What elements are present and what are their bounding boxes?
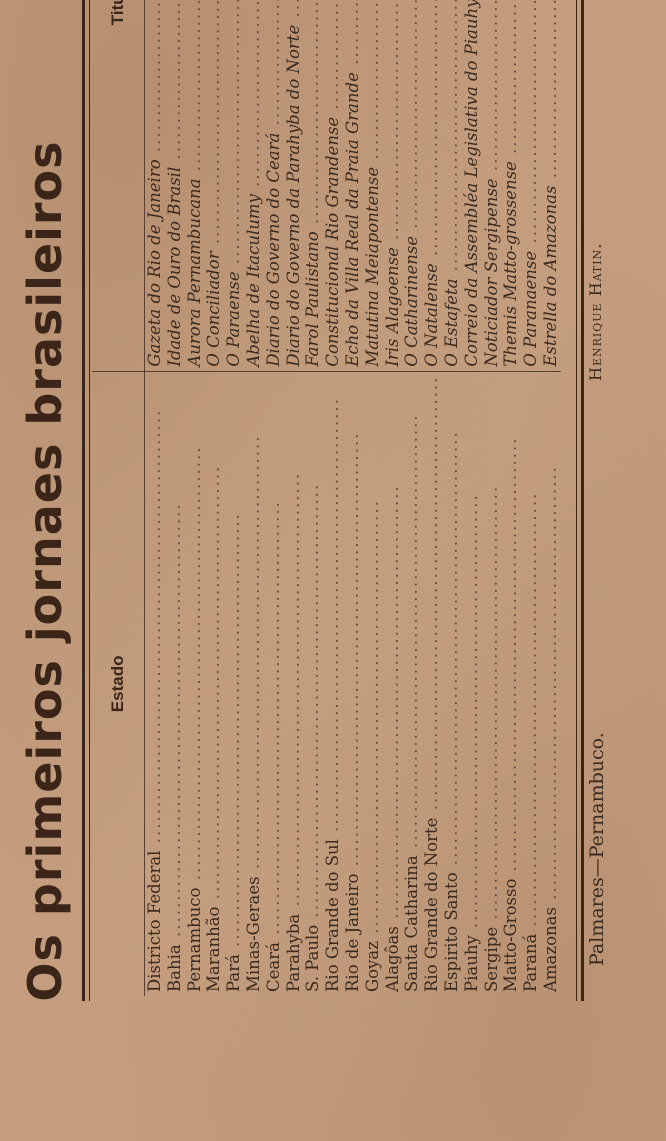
cell-estado: Ceará ..................................… xyxy=(264,371,284,996)
titulo-text: Gazeta do Rio de Janeiro xyxy=(145,159,164,366)
table-row: Piauhy .................................… xyxy=(462,0,482,996)
cell-titulo: O Catharinense .........................… xyxy=(402,0,422,371)
cell-estado: Piauhy .................................… xyxy=(462,371,482,996)
dot-leader: ........................................… xyxy=(402,413,421,855)
table-row: Minas-Geraes ...........................… xyxy=(244,0,264,996)
dot-leader: ........................................… xyxy=(363,499,382,941)
estado-text: Minas-Geraes xyxy=(244,876,263,992)
titulo-text: Noticiador Sergipense xyxy=(482,178,501,366)
estado-text: S. Paulo xyxy=(303,925,322,992)
titulo-text: Constitucional Rio Grandense xyxy=(323,117,342,367)
cell-estado: Espirito Santo .........................… xyxy=(442,371,462,996)
estado-text: Espirito Santo xyxy=(442,872,461,992)
cell-titulo: Iris Alagoense .........................… xyxy=(383,0,403,371)
dot-leader: ........................................… xyxy=(303,0,322,231)
table-row: Espirito Santo .........................… xyxy=(442,0,462,996)
cell-estado: Pará ...................................… xyxy=(224,371,244,996)
dot-leader: ........................................… xyxy=(343,0,362,72)
dot-leader: ........................................… xyxy=(224,512,243,954)
estado-text: Alagôas xyxy=(383,926,402,992)
cell-titulo: O Paranaense ...........................… xyxy=(521,0,541,371)
cell-estado: Alagôas ................................… xyxy=(383,371,403,996)
dot-leader: ........................................… xyxy=(323,397,342,839)
titulo-text: Aurora Pernambucana xyxy=(185,178,204,366)
titulo-text: O Conciliador xyxy=(204,251,223,366)
cell-estado: Sergipe ................................… xyxy=(482,371,502,996)
titulo-text: Correio da Assembléa Legislativa do Piau… xyxy=(462,0,481,367)
estado-text: Paraná xyxy=(521,934,540,992)
estado-text: Maranhão xyxy=(204,907,223,992)
dot-leader: ........................................… xyxy=(244,0,263,194)
dot-leader: ........................................… xyxy=(323,0,342,117)
cell-estado: Parahyba ...............................… xyxy=(284,371,304,996)
cell-titulo: Echo da Villa Real da Praia Grande .....… xyxy=(343,0,363,371)
dot-leader: ........................................… xyxy=(363,0,382,167)
cell-titulo: Constitucional Rio Grandense ...........… xyxy=(323,0,343,371)
estado-text: Piauhy xyxy=(462,935,481,992)
estado-text: Bahia xyxy=(165,944,184,992)
dot-leader: ........................................… xyxy=(521,0,540,251)
table-row: Districto Federal ......................… xyxy=(145,0,165,996)
estado-text: Parahyba xyxy=(284,914,303,992)
dot-leader: ........................................… xyxy=(303,483,322,925)
dot-leader: ........................................… xyxy=(145,0,164,159)
titulo-text: O Catharinense xyxy=(402,236,421,367)
dot-leader: ........................................… xyxy=(284,472,303,914)
estado-text: Districto Federal xyxy=(145,851,164,992)
estado-text: Pará xyxy=(224,954,243,992)
titulo-text: Diario do Governo do Ceará xyxy=(264,133,283,367)
dot-leader: ........................................… xyxy=(541,0,560,186)
dot-leader: ........................................… xyxy=(165,502,184,944)
dot-leader: ........................................… xyxy=(244,434,263,876)
dot-leader: ........................................… xyxy=(264,0,283,133)
titulo-text: Estrella do Amazonas xyxy=(541,186,560,367)
cell-titulo: Themis Matto-grossense .................… xyxy=(501,0,521,371)
titulo-text: O Natalense xyxy=(422,263,441,366)
cell-titulo: O Conciliador ..........................… xyxy=(204,0,224,371)
dot-leader: ........................................… xyxy=(402,0,421,236)
table-row: Bahia ..................................… xyxy=(165,0,185,996)
table-row: Matto-Grosso ...........................… xyxy=(501,0,521,996)
dot-leader: ........................................… xyxy=(521,492,540,934)
table-row: Pernambuco .............................… xyxy=(185,0,205,996)
titulo-text: Idade de Ouro do Brasil xyxy=(165,167,184,367)
dot-leader: ........................................… xyxy=(185,446,204,888)
titulo-text: O Estafeta xyxy=(442,279,461,367)
cell-titulo: Diario do Governo da Parahyba do Norte .… xyxy=(284,0,304,371)
cell-estado: S. Paulo ...............................… xyxy=(303,371,323,996)
cell-titulo: Matutina Meiapontense ..................… xyxy=(363,0,383,371)
titulo-text: Themis Matto-grossense xyxy=(501,161,520,366)
cell-estado: Maranhão ...............................… xyxy=(204,371,224,996)
table-header-row: Estado Titulo do Jornal Localidade Anno xyxy=(92,0,145,996)
titulo-text: Matutina Meiapontense xyxy=(363,167,382,367)
cell-estado: Pernambuco .............................… xyxy=(185,371,205,996)
cell-estado: Goyaz ..................................… xyxy=(363,371,383,996)
dot-leader: ........................................… xyxy=(442,0,461,279)
dot-leader: ........................................… xyxy=(501,437,520,879)
cell-titulo: Abelha de Itaculumy ....................… xyxy=(244,0,264,371)
footer-place: Palmares—Pernambuco. xyxy=(586,732,608,966)
table-row: Alagôas ................................… xyxy=(383,0,403,996)
cell-titulo: O Paraense .............................… xyxy=(224,0,244,371)
dot-leader: ........................................… xyxy=(422,0,441,263)
cell-titulo: O Estafeta .............................… xyxy=(442,0,462,371)
estado-text: Sergipe xyxy=(482,927,501,992)
estado-text: Rio Grande do Norte xyxy=(422,818,441,992)
cell-estado: Rio Grande do Sul ......................… xyxy=(323,371,343,996)
cell-titulo: Farol Paulistano .......................… xyxy=(303,0,323,371)
estado-text: Pernambuco xyxy=(185,888,204,993)
titulo-text: Iris Alagoense xyxy=(383,247,402,367)
cell-estado: Amazonas ...............................… xyxy=(541,371,561,996)
footer-author: Henrique Hatin. xyxy=(586,243,605,381)
column-header-estado: Estado xyxy=(92,371,145,996)
estado-text: Matto-Grosso xyxy=(501,879,520,992)
titulo-text: O Paraense xyxy=(224,271,243,366)
dot-leader: ........................................… xyxy=(185,0,204,178)
table-row: Rio Grande do Norte ....................… xyxy=(422,0,442,996)
cell-titulo: Correio da Assembléa Legislativa do Piau… xyxy=(462,0,482,371)
cell-titulo: Idade de Ouro do Brasil ................… xyxy=(165,0,185,371)
titulo-text: Echo da Villa Real da Praia Grande xyxy=(343,72,362,367)
table-row: S. Paulo ...............................… xyxy=(303,0,323,996)
dot-leader: ........................................… xyxy=(383,484,402,926)
dot-leader: ........................................… xyxy=(482,485,501,927)
table-row: Paraná .................................… xyxy=(521,0,541,996)
cell-estado: Rio de Janeiro .........................… xyxy=(343,371,363,996)
table-row: Pará ...................................… xyxy=(224,0,244,996)
dot-leader: ........................................… xyxy=(422,376,441,818)
table-row: Amazonas ...............................… xyxy=(541,0,561,996)
dot-leader: ........................................… xyxy=(383,0,402,247)
cell-estado: Paraná .................................… xyxy=(521,371,541,996)
table-body: Districto Federal ......................… xyxy=(145,0,561,996)
dot-leader: ........................................… xyxy=(501,0,520,161)
footer-divider xyxy=(576,0,584,1001)
table-row: Sergipe ................................… xyxy=(482,0,502,996)
cell-estado: Rio Grande do Norte ....................… xyxy=(422,371,442,996)
table-row: Ceará ..................................… xyxy=(264,0,284,996)
dot-leader: ........................................… xyxy=(343,432,362,874)
dot-leader: ........................................… xyxy=(541,465,560,907)
cell-estado: Districto Federal ......................… xyxy=(145,371,165,996)
table-row: Santa Catharina ........................… xyxy=(402,0,422,996)
cell-estado: Minas-Geraes ...........................… xyxy=(244,371,264,996)
table-row: Maranhão ...............................… xyxy=(204,0,224,996)
cell-titulo: Diario do Governo do Ceará .............… xyxy=(264,0,284,371)
cell-estado: Bahia ..................................… xyxy=(165,371,185,996)
estado-text: Ceará xyxy=(264,942,283,992)
newspapers-table: Estado Titulo do Jornal Localidade Anno … xyxy=(92,0,561,996)
estado-text: Santa Catharina xyxy=(402,855,421,992)
estado-text: Rio de Janeiro xyxy=(343,874,362,992)
dot-leader: ........................................… xyxy=(204,0,223,251)
dot-leader: ........................................… xyxy=(145,409,164,851)
dot-leader: ........................................… xyxy=(462,493,481,935)
table-row: Parahyba ...............................… xyxy=(284,0,304,996)
cell-titulo: Gazeta do Rio de Janeiro ...............… xyxy=(145,0,165,371)
estado-text: Goyaz xyxy=(363,941,382,992)
cell-titulo: Estrella do Amazonas ...................… xyxy=(541,0,561,371)
cell-estado: Matto-Grosso ...........................… xyxy=(501,371,521,996)
page-title: Os primeiros jornaes brasileiros xyxy=(18,131,72,1011)
dot-leader: ........................................… xyxy=(482,0,501,178)
cell-titulo: Noticiador Sergipense ..................… xyxy=(482,0,502,371)
cell-titulo: O Natalense ............................… xyxy=(422,0,442,371)
dot-leader: ........................................… xyxy=(442,430,461,872)
table-row: Goyaz ..................................… xyxy=(363,0,383,996)
titulo-text: Farol Paulistano xyxy=(303,231,322,366)
estado-text: Amazonas xyxy=(541,907,560,992)
dot-leader: ........................................… xyxy=(204,465,223,907)
dot-leader: ........................................… xyxy=(284,0,303,25)
estado-text: Rio Grande do Sul xyxy=(323,839,342,992)
titulo-text: O Paranaense xyxy=(521,251,540,367)
dot-leader: ........................................… xyxy=(224,0,243,271)
table-row: Rio de Janeiro .........................… xyxy=(343,0,363,996)
title-divider xyxy=(82,0,90,1001)
column-header-titulo: Titulo do Jornal xyxy=(92,0,145,371)
rotated-page: Os primeiros jornaes brasileiros Estado … xyxy=(0,0,666,1141)
titulo-text: Abelha de Itaculumy xyxy=(244,194,263,367)
cell-titulo: Aurora Pernambucana ....................… xyxy=(185,0,205,371)
dot-leader: ........................................… xyxy=(165,0,184,167)
dot-leader: ........................................… xyxy=(264,500,283,942)
table-row: Rio Grande do Sul ......................… xyxy=(323,0,343,996)
titulo-text: Diario do Governo da Parahyba do Norte xyxy=(284,25,303,367)
cell-estado: Santa Catharina ........................… xyxy=(402,371,422,996)
